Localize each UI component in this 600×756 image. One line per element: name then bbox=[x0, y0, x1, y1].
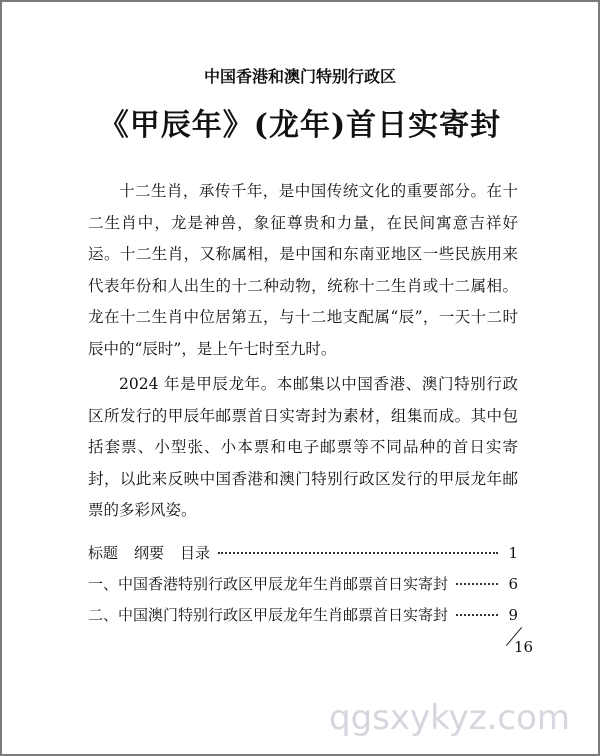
intro-paragraph-2: 2024 年是甲辰龙年。本邮集以中国香港、澳门特别行政区所发行的甲辰年邮票首日实… bbox=[88, 369, 518, 527]
document-page: 中国香港和澳门特别行政区 《甲辰年》(龙年)首日实寄封 十二生肖，承传千年，是中… bbox=[0, 0, 600, 756]
page-indicator: 16 bbox=[498, 622, 538, 662]
document-subtitle: 中国香港和澳门特别行政区 bbox=[2, 64, 598, 87]
total-pages: 16 bbox=[514, 638, 533, 656]
toc-label-part: 标题 bbox=[88, 544, 118, 562]
toc-entry-label: 标题纲要目录 bbox=[88, 542, 210, 563]
toc-label-part: 纲要 bbox=[134, 544, 164, 562]
intro-paragraph-1: 十二生肖，承传千年，是中国传统文化的重要部分。在十二生肖中，龙是神兽，象征尊贵和… bbox=[88, 176, 518, 365]
dot-leader bbox=[456, 614, 498, 616]
toc-entry-label: 一、中国香港特别行政区甲辰龙年生肖邮票首日实寄封 bbox=[88, 573, 448, 594]
dot-leader bbox=[218, 552, 498, 554]
toc-entry-label: 二、中国澳门特别行政区甲辰龙年生肖邮票首日实寄封 bbox=[88, 604, 448, 625]
paragraph-text: 2024 年是甲辰龙年。本邮集以中国香港、澳门特别行政区所发行的甲辰年邮票首日实… bbox=[88, 369, 518, 527]
toc-entry-title-outline-contents[interactable]: 标题纲要目录 1 bbox=[88, 542, 518, 573]
toc-page-number: 1 bbox=[506, 544, 518, 562]
table-of-contents: 标题纲要目录 1 一、中国香港特别行政区甲辰龙年生肖邮票首日实寄封 6 二、中国… bbox=[88, 542, 518, 635]
dot-leader bbox=[456, 583, 498, 585]
document-title: 《甲辰年》(龙年)首日实寄封 bbox=[2, 100, 598, 144]
toc-entry-macau[interactable]: 二、中国澳门特别行政区甲辰龙年生肖邮票首日实寄封 9 bbox=[88, 604, 518, 635]
toc-page-number: 6 bbox=[506, 575, 518, 593]
site-watermark: qgsxykyz.com bbox=[329, 698, 570, 738]
paragraph-text: 十二生肖，承传千年，是中国传统文化的重要部分。在十二生肖中，龙是神兽，象征尊贵和… bbox=[88, 176, 518, 365]
toc-label-part: 目录 bbox=[180, 544, 210, 562]
toc-entry-hong-kong[interactable]: 一、中国香港特别行政区甲辰龙年生肖邮票首日实寄封 6 bbox=[88, 573, 518, 604]
